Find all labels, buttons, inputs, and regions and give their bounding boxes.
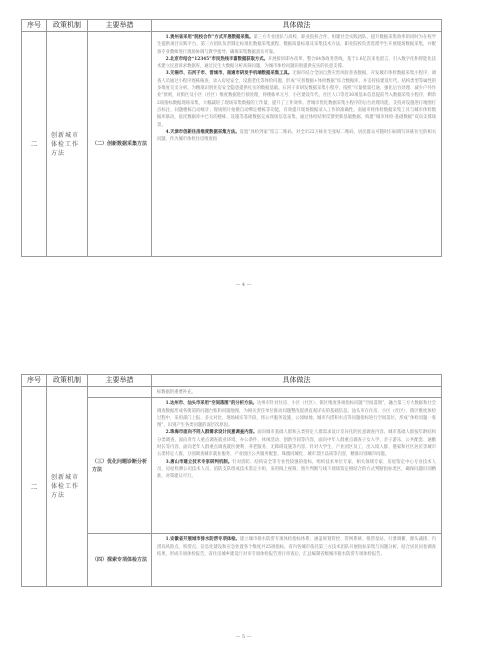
page-number: — 5 — [0,634,487,640]
row-number: 二 [22,387,47,587]
header-specific-practices: 具体做法 [152,375,442,387]
page-5: 序号 政策机制 主要举措 具体做法 二 创新城市体检工作方法 标数据的重要补充。… [0,0,487,664]
continuation-text: 标数据的重要补充。 [157,390,196,395]
detail-cell: 1.安徽省开展城市排水防涝专项体检。建立城市排水防涝专项体检指标体系，涵盖规划管… [152,534,442,587]
practice-lead: 2.珠海市面向不同人群需求设计民意调查内容。 [166,430,258,435]
practice-lead: 3.唐山市建立技术专家研判机制。 [166,460,233,465]
table-row-continuation: 二 创新城市体检工作方法 标数据的重要补充。 [22,387,442,398]
practice-item: 3.唐山市建立技术专家研判机制。针对消防、结构安全等专业性较强的指标，组织技术单… [157,459,436,481]
practice-lead: 1.安徽省开展城市排水防涝专项体检。 [166,537,240,542]
policy-table-page-5: 序号 政策机制 主要举措 具体做法 二 创新城市体检工作方法 标数据的重要补充。… [21,374,442,587]
measure-cell: （三）优化问题诊断分析方法 [88,398,152,534]
policy-mechanism-cell: 创新城市体检工作方法 [47,387,88,587]
continuation-cell: 标数据的重要补充。 [152,387,442,398]
practice-item: 2.珠海市面向不同人群需求设计民意调查内容。面向城市基础人群和五类特定人群需求设… [157,429,436,458]
practice-lead: 1.达州市、汕头市采用“空间落图”的分析方法。 [166,401,257,406]
practice-item: 1.安徽省开展城市排水防涝专项体检。建立城市排水防涝专项体检指标体系，涵盖规划管… [157,536,436,558]
header-main-measures: 主要举措 [88,375,152,387]
practice-item: 1.达州市、汕头市采用“空间落图”的分析方法。达州市针对住房、小区（社区）、街区… [157,400,436,429]
measure-cell-empty [88,387,152,398]
header-serial: 序号 [22,375,47,387]
detail-cell: 1.达州市、汕头市采用“空间落图”的分析方法。达州市针对住房、小区（社区）、街区… [152,398,442,534]
header-policy-mechanism: 政策机制 [47,375,88,387]
measure-cell: （四）探索专项体检方法 [88,534,152,587]
table-header-row: 序号 政策机制 主要举措 具体做法 [22,375,442,387]
